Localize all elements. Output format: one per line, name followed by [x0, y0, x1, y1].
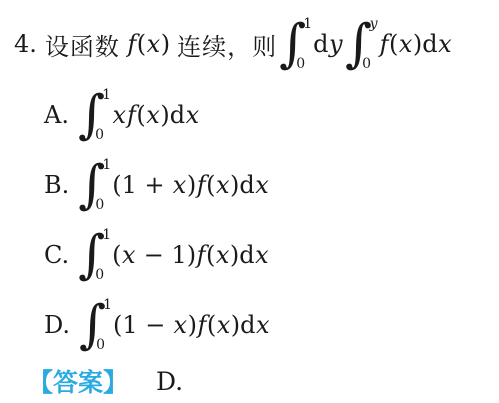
outer-integral-limits: 1 0	[303, 15, 312, 74]
option-c-upper-limit: 1	[102, 228, 111, 242]
option-b-upper-limit: 1	[102, 158, 111, 172]
option-a-lower-limit: 0	[95, 128, 111, 142]
option-c: C. ∫ 1 0 (x − 1)f(x)dx	[14, 220, 499, 290]
option-a-expression: xf(x)dx	[112, 101, 200, 129]
option-d-integral: ∫ 1 0	[79, 296, 112, 355]
outer-integral: ∫ 1 0	[279, 15, 312, 74]
option-d: D. ∫ 1 0 (1 − x)f(x)dx	[14, 290, 499, 360]
option-d-limits: 1 0	[103, 296, 112, 355]
option-a-label: A.	[44, 101, 69, 129]
option-d-label: D.	[44, 311, 70, 339]
answer-line: 【答案】 D.	[14, 360, 499, 402]
outer-integral-body: dy	[313, 30, 343, 58]
outer-integral-upper-limit: 1	[303, 17, 312, 31]
question-text-after: 连续，则	[177, 27, 277, 62]
option-b-integral: ∫ 1 0	[78, 156, 111, 215]
answer-label: 【答案】	[28, 363, 128, 399]
inner-integral-body: f(x)dx	[379, 30, 452, 58]
option-c-lower-limit: 0	[95, 268, 111, 282]
option-b-expression: (1 + x)f(x)dx	[112, 171, 269, 199]
problem-page: 4. 设函数 f(x) 连续，则 ∫ 1 0 dy ∫ y 0 f(x)dx A…	[0, 0, 499, 403]
outer-integral-lower-limit: 0	[296, 57, 312, 71]
inner-integral: ∫ y 0	[345, 15, 378, 74]
option-a-limits: 1 0	[102, 86, 111, 145]
option-a: A. ∫ 1 0 xf(x)dx	[14, 80, 499, 150]
option-c-expression: (x − 1)f(x)dx	[112, 241, 269, 269]
option-d-expression: (1 − x)f(x)dx	[113, 311, 270, 339]
inner-integral-lower-limit: 0	[362, 57, 378, 71]
inner-integral-upper-limit: y	[369, 17, 378, 31]
inner-integral-limits: y 0	[369, 15, 378, 74]
option-b-label: B.	[44, 171, 69, 199]
option-b: B. ∫ 1 0 (1 + x)f(x)dx	[14, 150, 499, 220]
option-a-integral: ∫ 1 0	[78, 86, 111, 145]
option-b-lower-limit: 0	[95, 198, 111, 212]
function-notation: f(x)	[127, 30, 170, 58]
option-d-lower-limit: 0	[96, 338, 112, 352]
option-a-upper-limit: 1	[102, 88, 111, 102]
option-c-integral: ∫ 1 0	[78, 226, 111, 285]
question-line: 4. 设函数 f(x) 连续，则 ∫ 1 0 dy ∫ y 0 f(x)dx	[14, 8, 499, 80]
question-number: 4.	[14, 30, 37, 58]
option-b-limits: 1 0	[102, 156, 111, 215]
answer-value: D.	[156, 367, 183, 396]
option-c-label: C.	[44, 241, 69, 269]
question-text-before: 设函数	[45, 27, 120, 62]
option-c-limits: 1 0	[102, 226, 111, 285]
option-d-upper-limit: 1	[103, 298, 112, 312]
